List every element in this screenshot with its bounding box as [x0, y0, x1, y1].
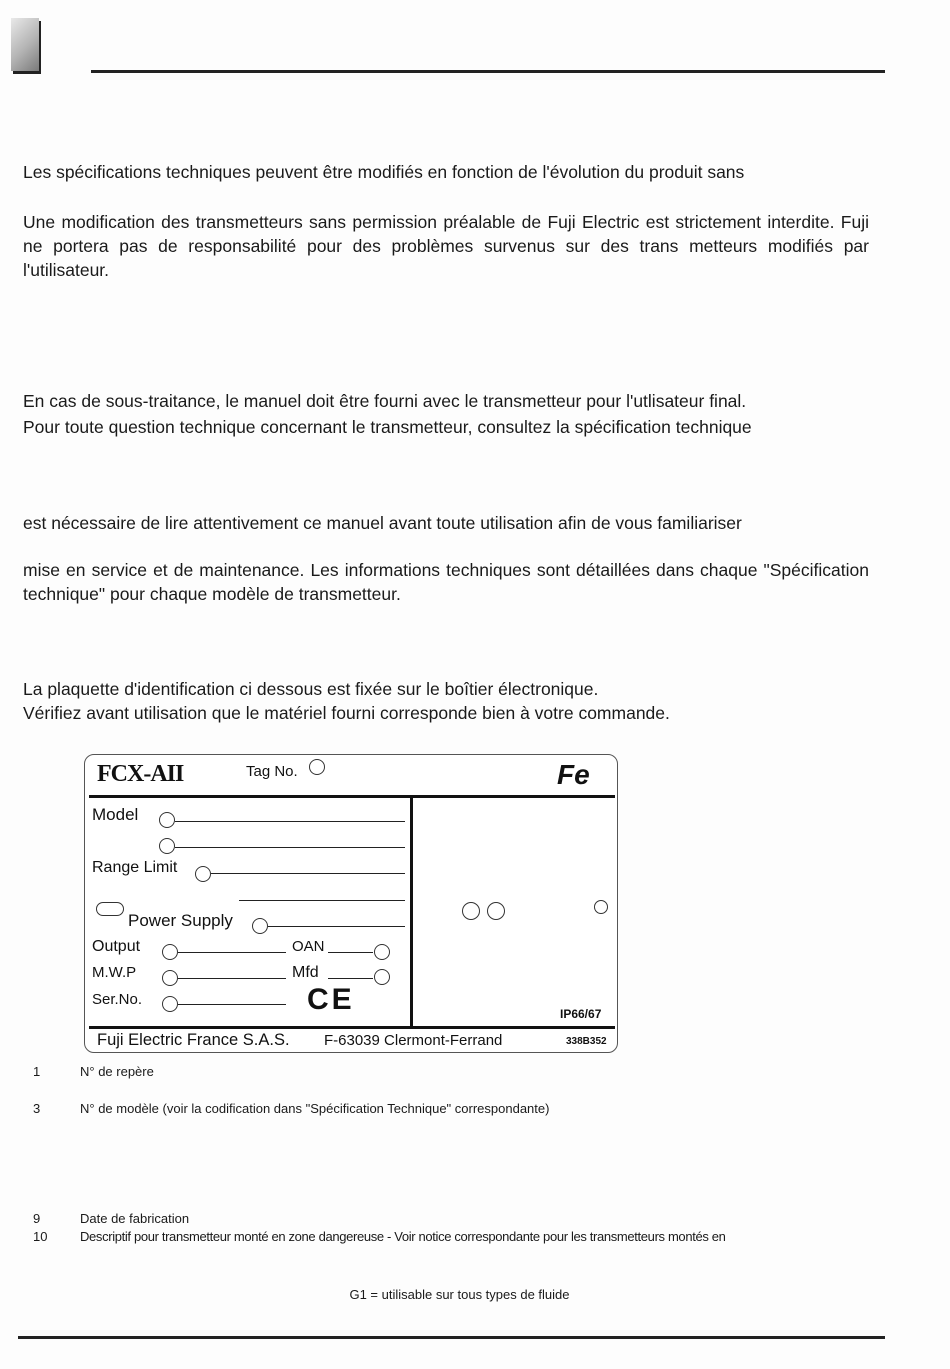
callout-circle-power [252, 918, 268, 934]
mwp-line [178, 978, 286, 979]
footnote: G1 = utilisable sur tous types de fluide [0, 1287, 919, 1302]
mfd-line [328, 978, 373, 979]
mwp-label: M.W.P [92, 964, 136, 981]
legend-number: 10 [33, 1228, 47, 1246]
legend-item: 3 N° de modèle (voir la codification dan… [0, 1100, 950, 1120]
company-address: F-63039 Clermont-Ferrand [324, 1032, 502, 1049]
legend-text: N° de repère [80, 1063, 154, 1081]
paragraph-nameplate: La plaquette d'identification ci dessous… [23, 677, 883, 701]
paragraph-technical-question: Pour toute question technique concernant… [23, 415, 883, 439]
oan-label: OAN [292, 938, 325, 955]
callout-circle-model-2 [159, 838, 175, 854]
legend-number: 1 [33, 1063, 40, 1081]
oan-line [328, 952, 373, 953]
power-line [268, 926, 405, 927]
legend-text: Descriptif pour transmetteur monté en zo… [80, 1228, 726, 1246]
ip-rating: IP66/67 [560, 1007, 601, 1021]
callout-oval [96, 902, 124, 916]
callout-circle-right-1 [462, 902, 480, 920]
paragraph-specs: Les spécifications techniques peuvent êt… [23, 160, 883, 184]
company-name: Fuji Electric France S.A.S. [97, 1031, 290, 1050]
callout-circle-1 [309, 759, 325, 775]
model-line-2 [175, 847, 405, 848]
callout-circle-serno [162, 996, 178, 1012]
serno-line [178, 1004, 286, 1005]
callout-circle-oan [374, 944, 390, 960]
tag-label: Tag No. [246, 763, 298, 780]
paragraph-read-manual: est nécessaire de lire attentivement ce … [23, 511, 883, 535]
output-label: Output [92, 938, 140, 956]
callout-circle-right-2 [487, 902, 505, 920]
legend-text: Date de fabrication [80, 1210, 189, 1228]
fuji-logo: Fe [557, 759, 590, 791]
mfd-label: Mfd [292, 964, 319, 982]
callout-circle-range [195, 866, 211, 882]
header-rule [91, 70, 885, 73]
legend-item: 10 Descriptif pour transmetteur monté en… [0, 1228, 950, 1248]
legend-number: 3 [33, 1100, 40, 1118]
paragraph-verify: Vérifiez avant utilisation que le matéri… [23, 701, 883, 725]
paragraph-subcontract: En cas de sous-traitance, le manuel doit… [23, 389, 883, 413]
legend-item: 9 Date de fabrication [0, 1210, 950, 1230]
callout-circle-mwp [162, 970, 178, 986]
plate-code: 338B352 [566, 1036, 607, 1047]
output-line [178, 952, 286, 953]
model-label: Model [92, 805, 138, 825]
legend-item: 1 N° de repère [0, 1063, 950, 1083]
plate-divider-bottom [89, 1026, 615, 1029]
model-line [175, 821, 405, 822]
range-limit-label: Range Limit [92, 859, 177, 877]
range-line [211, 873, 405, 874]
brand-logo: FCX-AII [97, 761, 183, 788]
plate-divider-vertical [410, 795, 413, 1027]
plate-divider-top [89, 795, 615, 798]
paragraph-modification: Une modification des transmetteurs sans … [23, 210, 869, 282]
power-supply-label: Power Supply [128, 911, 233, 931]
range-line-2 [239, 900, 405, 901]
legend-text: N° de modèle (voir la codification dans … [80, 1100, 549, 1118]
legend-number: 9 [33, 1210, 40, 1228]
callout-circle-mfd [374, 969, 390, 985]
chapter-marker [11, 18, 39, 71]
callout-circle-model [159, 812, 175, 828]
callout-circle-right-3 [594, 900, 608, 914]
nameplate-diagram: FCX-AII Tag No. Fe Model Range Limit Pow… [84, 754, 618, 1053]
ce-mark: CE [307, 983, 355, 1017]
serno-label: Ser.No. [92, 991, 142, 1008]
footer-rule [18, 1336, 885, 1339]
callout-circle-output [162, 944, 178, 960]
paragraph-maintenance: mise en service et de maintenance. Les i… [23, 558, 869, 606]
